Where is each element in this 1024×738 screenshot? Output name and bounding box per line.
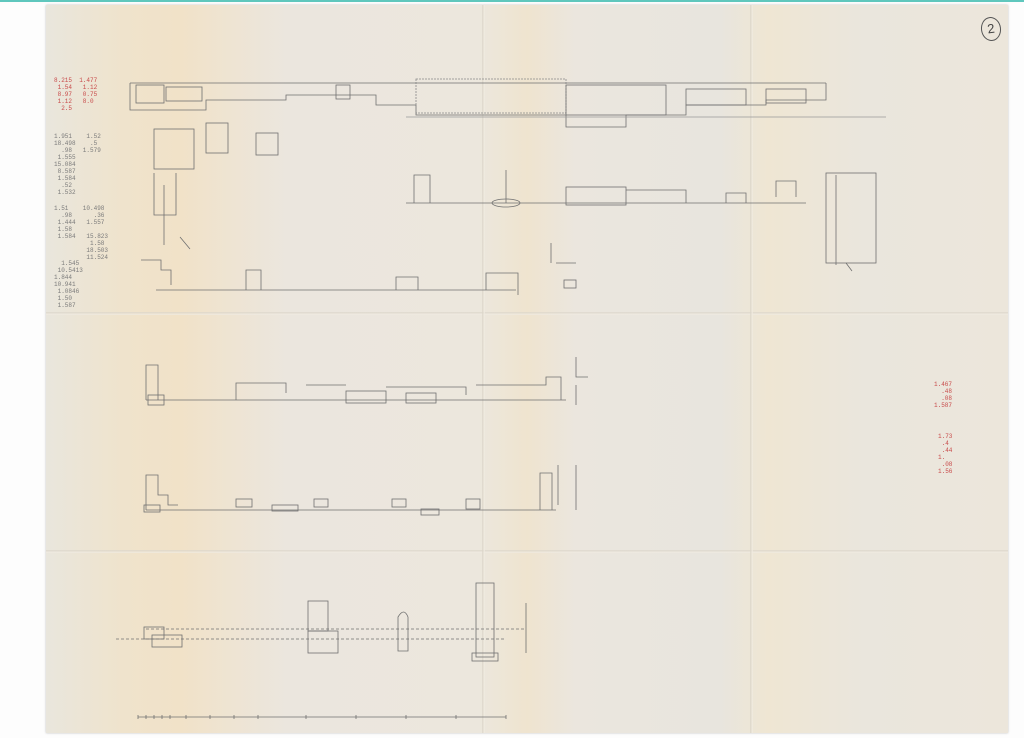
pencil-drawings: [46, 5, 1008, 733]
drawing-sheet: 2 8.215 1.477 1.54 1.12 8.97 0.75 1.12 8…: [46, 5, 1008, 733]
lower-upper-section-drawing: [156, 243, 576, 295]
middle-elevation-drawing: [146, 357, 588, 405]
human-scale-figure: [398, 612, 408, 651]
upper-elevation-drawing: [130, 79, 886, 127]
middle-section-drawing: [144, 465, 576, 515]
scale-bar: [138, 715, 506, 719]
detail-sketch-left: [141, 123, 278, 285]
upper-section-drawing: [406, 170, 876, 271]
scan-border: [0, 0, 1024, 2]
lower-elevation-drawing: [116, 583, 526, 661]
